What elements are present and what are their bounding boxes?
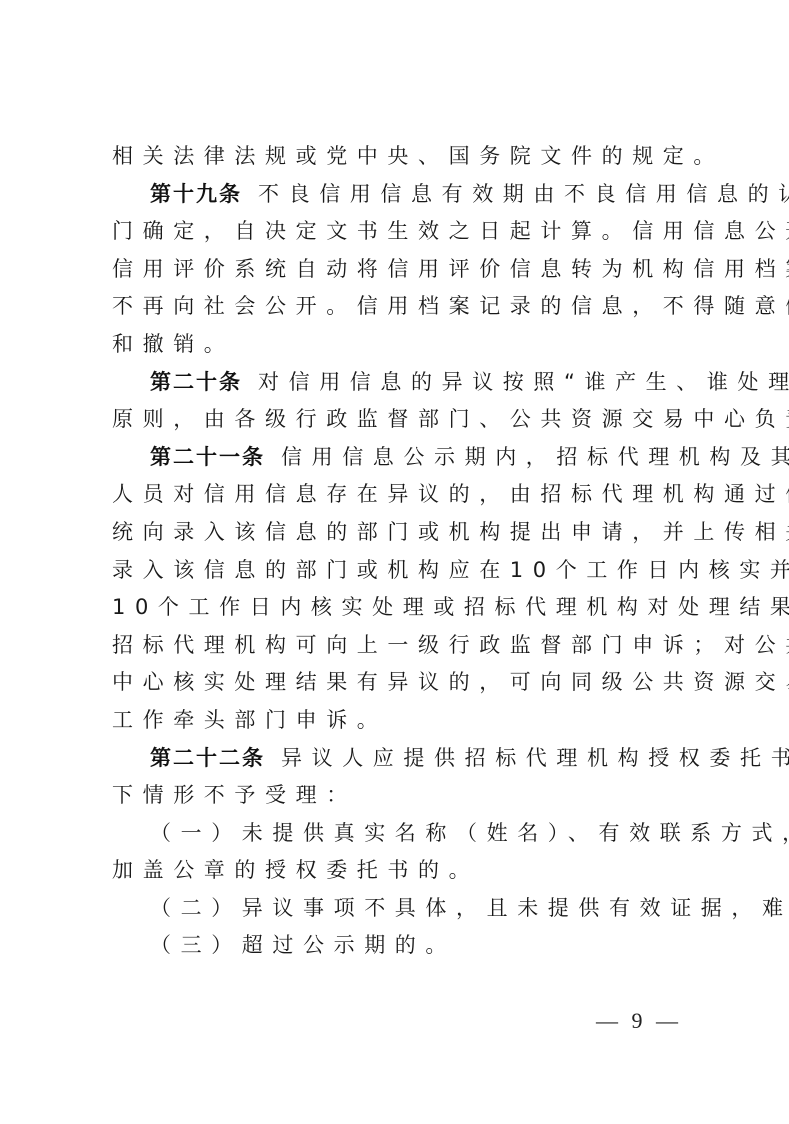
line-text: 10个工作日内核实处理或招标代理机构对处理结果有异议的，: [112, 595, 789, 619]
line-text: 不良信用信息有效期由不良信用信息的认定部: [258, 182, 789, 206]
text-line: 人员对信用信息存在异议的，由招标代理机构通过信用评价系: [112, 476, 692, 514]
document-body: 相关法律法规或党中央、国务院文件的规定。 第十九条不良信用信息有效期由不良信用信…: [112, 138, 692, 965]
text-line: 录入该信息的部门或机构应在10个工作日内核实并处理。未在: [112, 552, 692, 590]
line-text: 相关法律法规或党中央、国务院文件的规定。: [112, 144, 724, 168]
article-21-heading-line: 第二十一条信用信息公示期内，招标代理机构及其从业: [112, 439, 692, 477]
line-text: 信用信息公示期内，招标代理机构及其从业: [281, 445, 789, 469]
text-line: 门确定，自决定文书生效之日起计算。信用信息公开期满后，: [112, 213, 692, 251]
text-line: 不再向社会公开。信用档案记录的信息，不得随意修改、变更: [112, 288, 692, 326]
article-number: 第二十二条: [150, 746, 265, 770]
line-text: 异议人应提供招标代理机构授权委托书。以: [281, 746, 789, 770]
line-text: 门确定，自决定文书生效之日起计算。信用信息公开期满后，: [112, 219, 789, 243]
list-item-1: （一）未提供真实名称（姓名）、有效联系方式，未提供: [112, 815, 692, 853]
list-item-3: （三）超过公示期的。: [112, 927, 692, 965]
line-text: 原则，由各级行政监督部门、公共资源交易中心负责处理。: [112, 407, 789, 431]
line-text: 中心核实处理结果有异议的，可向同级公共资源交易平台整合: [112, 670, 789, 694]
line-text: 加盖公章的授权委托书的。: [112, 858, 479, 882]
line-text: 和撤销。: [112, 332, 234, 356]
article-20-heading-line: 第二十条对信用信息的异议按照“谁产生、谁处理”的: [112, 364, 692, 402]
text-line: 招标代理机构可向上一级行政监督部门申诉；对公共资源交易: [112, 627, 692, 665]
line-text: 统向录入该信息的部门或机构提出申请，并上传相关证明材料，: [112, 520, 789, 544]
line-text: 不再向社会公开。信用档案记录的信息，不得随意修改、变更: [112, 294, 789, 318]
article-number: 第二十条: [150, 370, 242, 394]
line-text: 信用评价系统自动将信用评价信息转为机构信用档案并保存，: [112, 257, 789, 281]
text-line: 加盖公章的授权委托书的。: [112, 852, 692, 890]
article-number: 第十九条: [150, 182, 242, 206]
line-text: 工作牵头部门申诉。: [112, 708, 387, 732]
text-line: 相关法律法规或党中央、国务院文件的规定。: [112, 138, 692, 176]
line-text: （一）未提供真实名称（姓名）、有效联系方式，未提供: [150, 821, 789, 845]
text-line: 中心核实处理结果有异议的，可向同级公共资源交易平台整合: [112, 664, 692, 702]
text-line: 信用评价系统自动将信用评价信息转为机构信用档案并保存，: [112, 251, 692, 289]
line-text: 下情形不予受理：: [112, 783, 357, 807]
line-text: 对信用信息的异议按照“谁产生、谁处理”的: [258, 370, 789, 394]
line-text: （二）异议事项不具体，且未提供有效证据，难以查证的。: [150, 896, 789, 920]
article-22-heading-line: 第二十二条异议人应提供招标代理机构授权委托书。以: [112, 740, 692, 778]
text-line: 10个工作日内核实处理或招标代理机构对处理结果有异议的，: [112, 589, 692, 627]
text-line: 和撤销。: [112, 326, 692, 364]
line-text: 招标代理机构可向上一级行政监督部门申诉；对公共资源交易: [112, 633, 789, 657]
text-line: 下情形不予受理：: [112, 777, 692, 815]
line-text: 人员对信用信息存在异议的，由招标代理机构通过信用评价系: [112, 482, 789, 506]
text-line: 统向录入该信息的部门或机构提出申请，并上传相关证明材料，: [112, 514, 692, 552]
text-line: 工作牵头部门申诉。: [112, 702, 692, 740]
line-text: （三）超过公示期的。: [150, 933, 456, 957]
text-line: 原则，由各级行政监督部门、公共资源交易中心负责处理。: [112, 401, 692, 439]
article-number: 第二十一条: [150, 445, 265, 469]
page-number: — 9 —: [596, 1008, 682, 1034]
article-19-heading-line: 第十九条不良信用信息有效期由不良信用信息的认定部: [112, 176, 692, 214]
line-text: 录入该信息的部门或机构应在10个工作日内核实并处理。未在: [112, 558, 789, 582]
list-item-2: （二）异议事项不具体，且未提供有效证据，难以查证的。: [112, 890, 692, 928]
